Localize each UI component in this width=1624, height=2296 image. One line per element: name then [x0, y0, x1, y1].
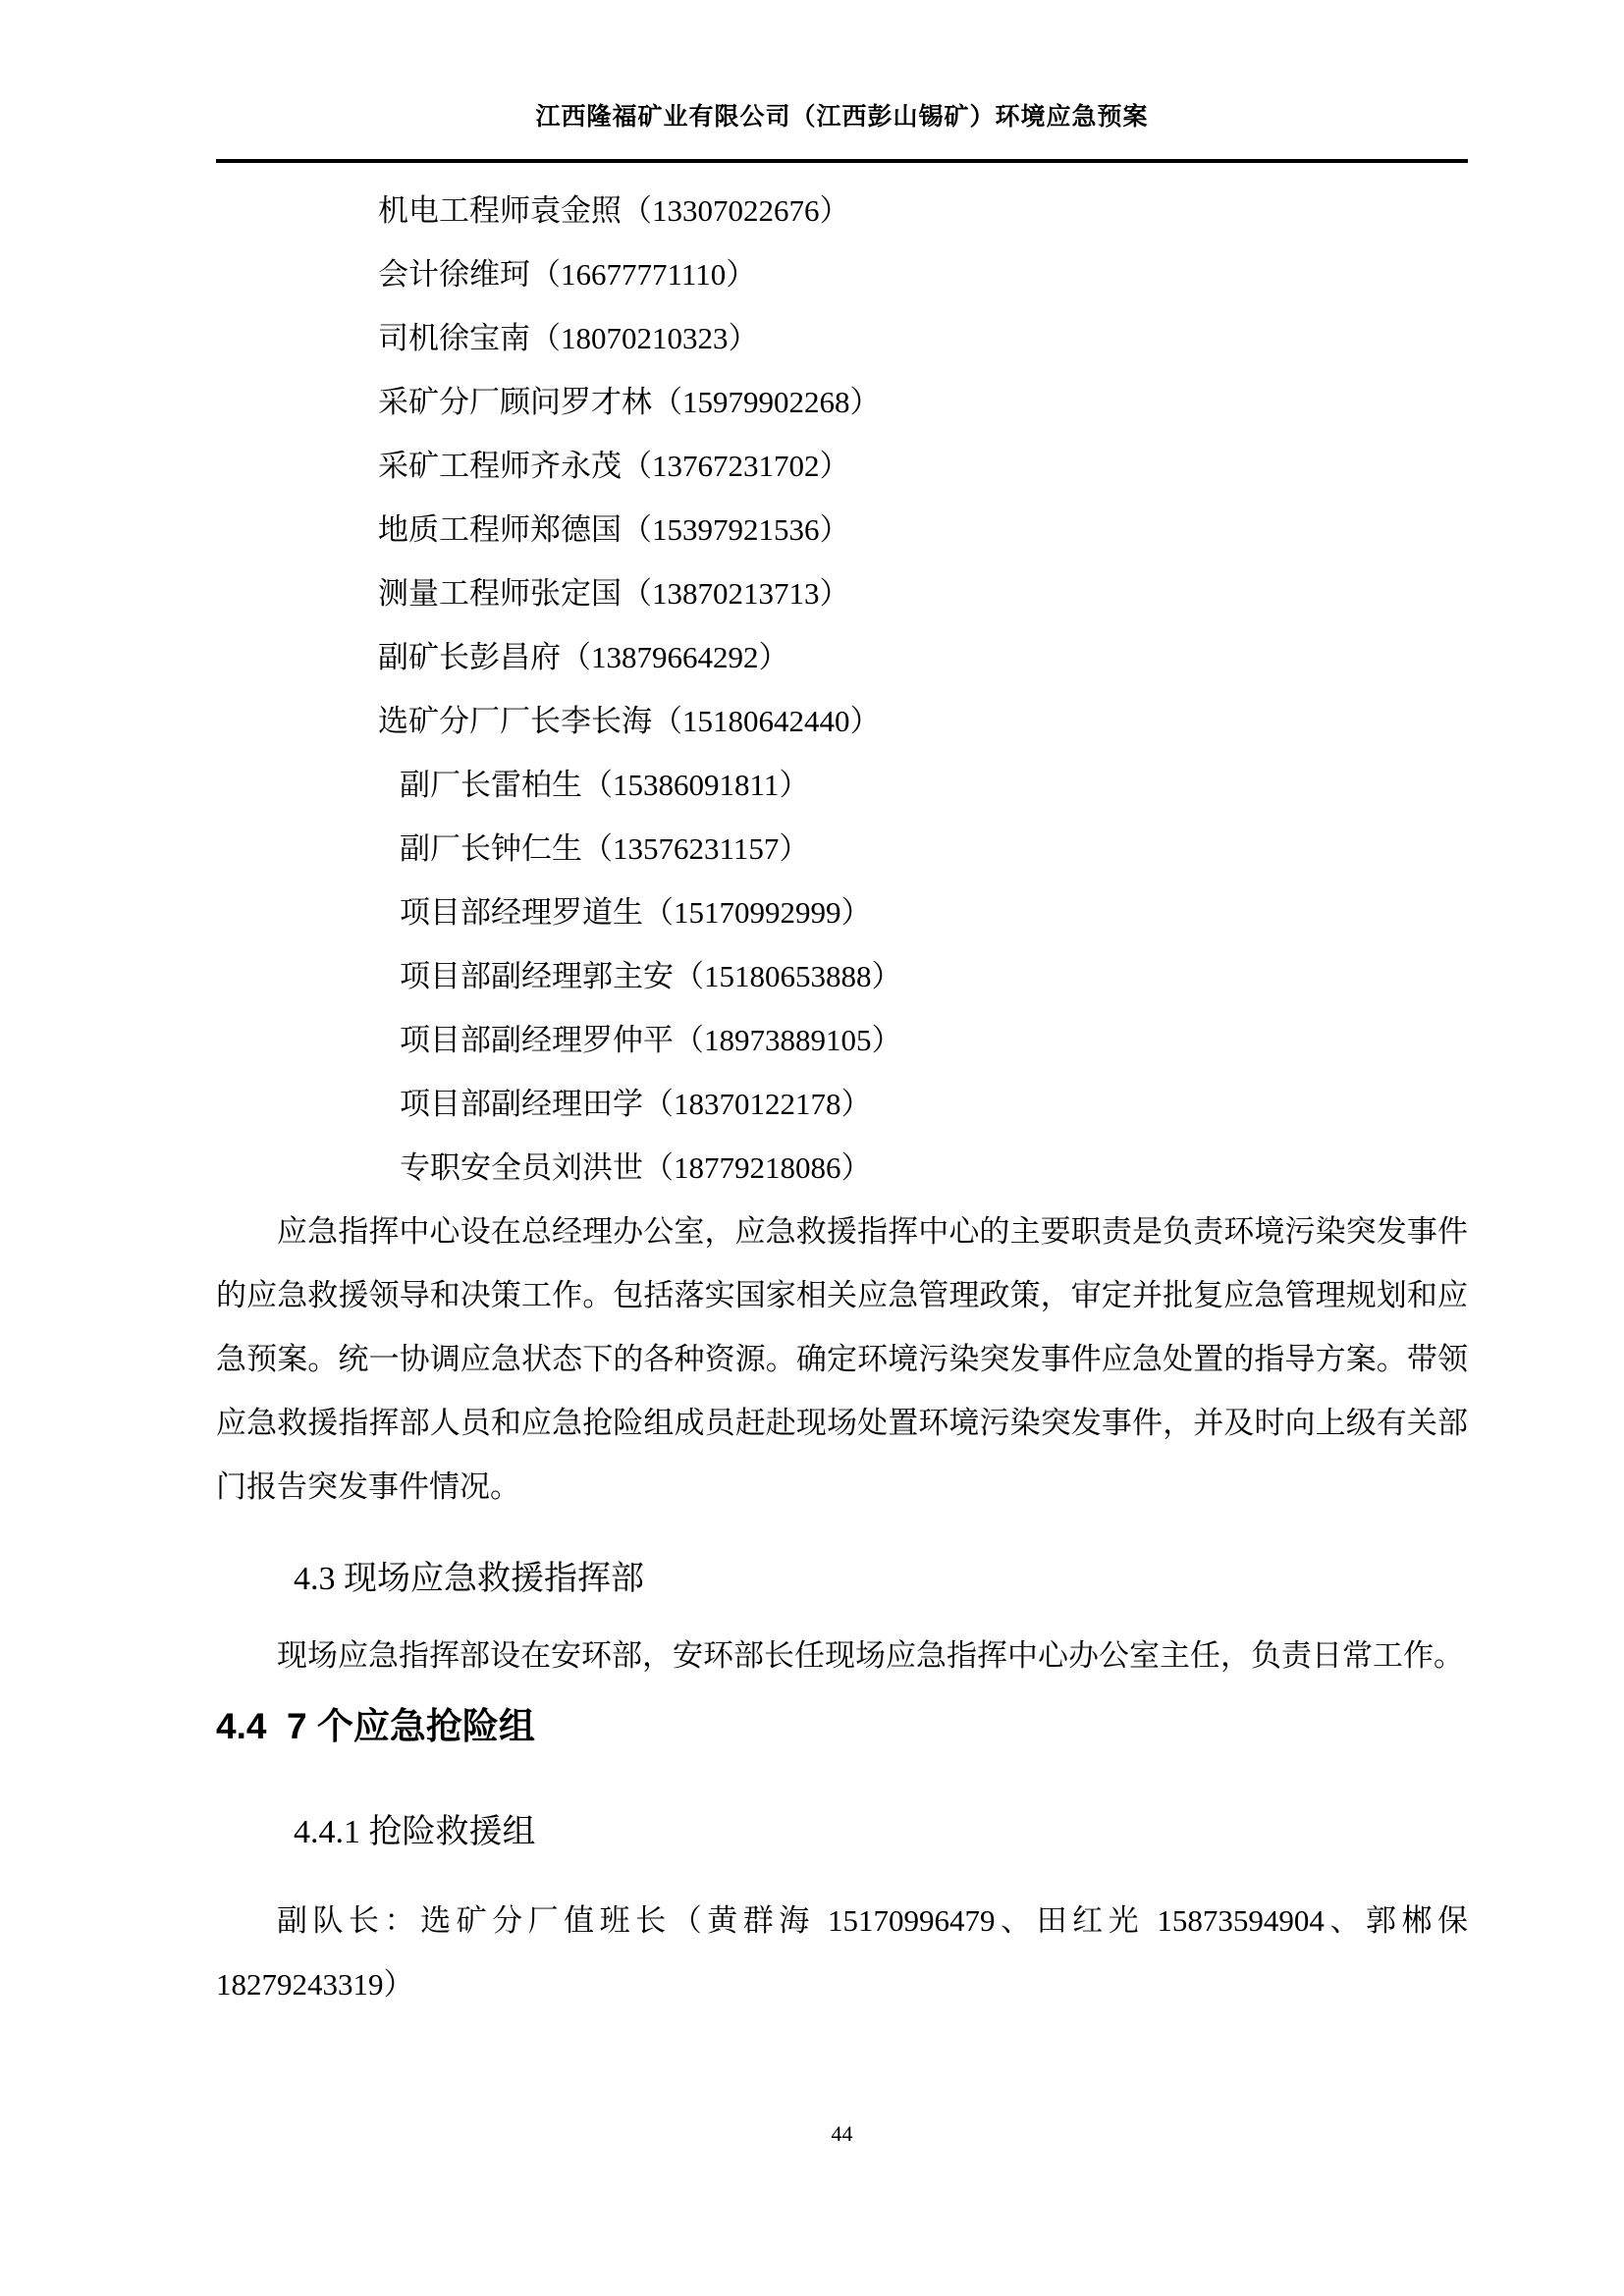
- contact-line: 采矿工程师齐永茂（13767231702）: [216, 434, 1468, 498]
- contact-line: 副厂长雷柏生（15386091811）: [216, 753, 1468, 817]
- contact-line: 司机徐宝南（18070210323）: [216, 306, 1468, 370]
- heading-4-4-1-rescue-team: 4.4.1 抢险救援组: [294, 1808, 1468, 1857]
- heading-4-3-onsite-command: 4.3 现场应急救援指挥部: [294, 1555, 1468, 1604]
- contact-line: 项目部副经理田学（18370122178）: [216, 1072, 1468, 1136]
- contact-line: 选矿分厂厂长李长海（15180642440）: [216, 689, 1468, 753]
- contact-line: 项目部副经理罗仲平（18973889105）: [216, 1008, 1468, 1072]
- page-header-title: 江西隆福矿业有限公司（江西彭山锡矿）环境应急预案: [216, 102, 1468, 132]
- contact-line: 专职安全员刘洪世（18779218086）: [216, 1136, 1468, 1200]
- contact-line: 地质工程师郑德国（15397921536）: [216, 498, 1468, 561]
- page-number: 44: [216, 2121, 1468, 2147]
- document-page: 江西隆福矿业有限公司（江西彭山锡矿）环境应急预案 机电工程师袁金照（133070…: [0, 0, 1624, 2296]
- contact-line: 测量工程师张定国（13870213713）: [216, 561, 1468, 625]
- header-rule: [216, 159, 1468, 163]
- heading-4-4-emergency-teams: 4.4 7 个应急抢险组: [216, 1699, 1468, 1753]
- page-header: 江西隆福矿业有限公司（江西彭山锡矿）环境应急预案: [216, 102, 1468, 163]
- document-body: 机电工程师袁金照（13307022676） 会计徐维珂（16677771110）…: [216, 179, 1468, 2016]
- paragraph-4-4-1-rescue-team-members: 副队长：选矿分厂值班长（黄群海 15170996479、田红光 15873594…: [216, 1889, 1468, 2016]
- contact-line: 副矿长彭昌府（13879664292）: [216, 625, 1468, 689]
- contact-line: 副厂长钟仁生（13576231157）: [216, 817, 1468, 881]
- contact-line: 采矿分厂顾问罗才林（15979902268）: [216, 370, 1468, 434]
- contact-line: 项目部经理罗道生（15170992999）: [216, 881, 1468, 944]
- paragraph-4-3-onsite-command: 现场应急指挥部设在安环部，安环部长任现场应急指挥中心办公室主任，负责日常工作。: [216, 1624, 1468, 1687]
- contact-line: 会计徐维珂（16677771110）: [216, 242, 1468, 306]
- contact-list: 机电工程师袁金照（13307022676） 会计徐维珂（16677771110）…: [216, 179, 1468, 1200]
- contact-line: 机电工程师袁金照（13307022676）: [216, 179, 1468, 242]
- paragraph-command-center-duties: 应急指挥中心设在总经理办公室，应急救援指挥中心的主要职责是负责环境污染突发事件的…: [216, 1200, 1468, 1519]
- contact-line: 项目部副经理郭主安（15180653888）: [216, 944, 1468, 1008]
